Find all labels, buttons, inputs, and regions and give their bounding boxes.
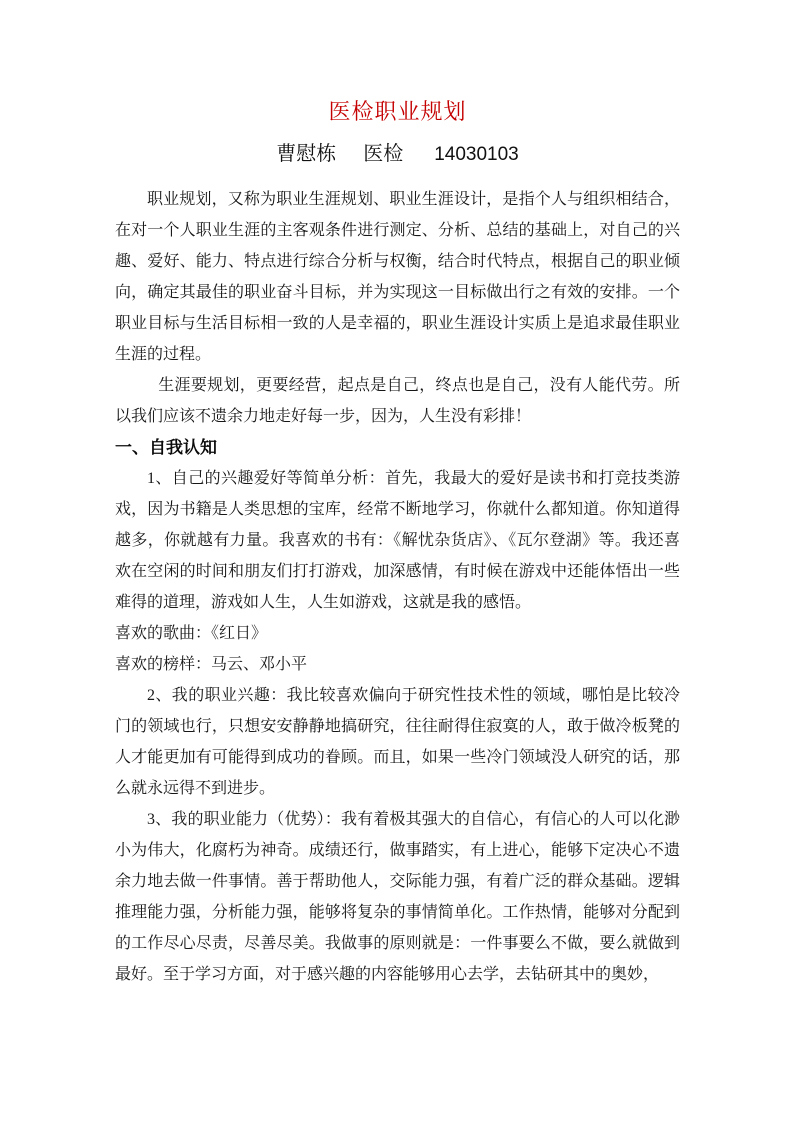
paragraph-interests: 1、自己的兴趣爱好等简单分析：首先，我最大的爱好是读书和打竞技类游戏，因为书籍是… <box>115 463 680 618</box>
document-title: 医检职业规划 <box>115 96 680 128</box>
line-favorite-song: 喜欢的歌曲：《红日》 <box>115 618 680 649</box>
section-heading-self-cognition: 一、自我认知 <box>115 432 680 463</box>
paragraph-motto: 生涯要规划，更要经营，起点是自己，终点也是自己，没有人能代劳。所以我们应该不遗余… <box>115 370 680 432</box>
paragraph-career-ability: 3、我的职业能力（优势）：我有着极其强大的自信心，有信心的人可以化渺小为伟大，化… <box>115 804 680 990</box>
document-page: 医检职业规划 曹慰栋 医检 14030103 职业规划，又称为职业生涯规划、职业… <box>0 0 793 1122</box>
byline-student-id: 14030103 <box>434 144 519 165</box>
byline-name: 曹慰栋 <box>276 143 336 165</box>
byline-department: 医检 <box>363 143 403 165</box>
body-text: 职业规划，又称为职业生涯规划、职业生涯设计，是指个人与组织相结合，在对一个人职业… <box>115 184 680 990</box>
paragraph-career-interest: 2、我的职业兴趣：我比较喜欢偏向于研究性技术性的领域，哪怕是比较冷门的领域也行，… <box>115 680 680 804</box>
byline: 曹慰栋 医检 14030103 <box>115 139 680 170</box>
line-favorite-role-models: 喜欢的榜样：马云、邓小平 <box>115 649 680 680</box>
paragraph-intro: 职业规划，又称为职业生涯规划、职业生涯设计，是指个人与组织相结合，在对一个人职业… <box>115 184 680 370</box>
document-content: 医检职业规划 曹慰栋 医检 14030103 职业规划，又称为职业生涯规划、职业… <box>115 96 680 990</box>
